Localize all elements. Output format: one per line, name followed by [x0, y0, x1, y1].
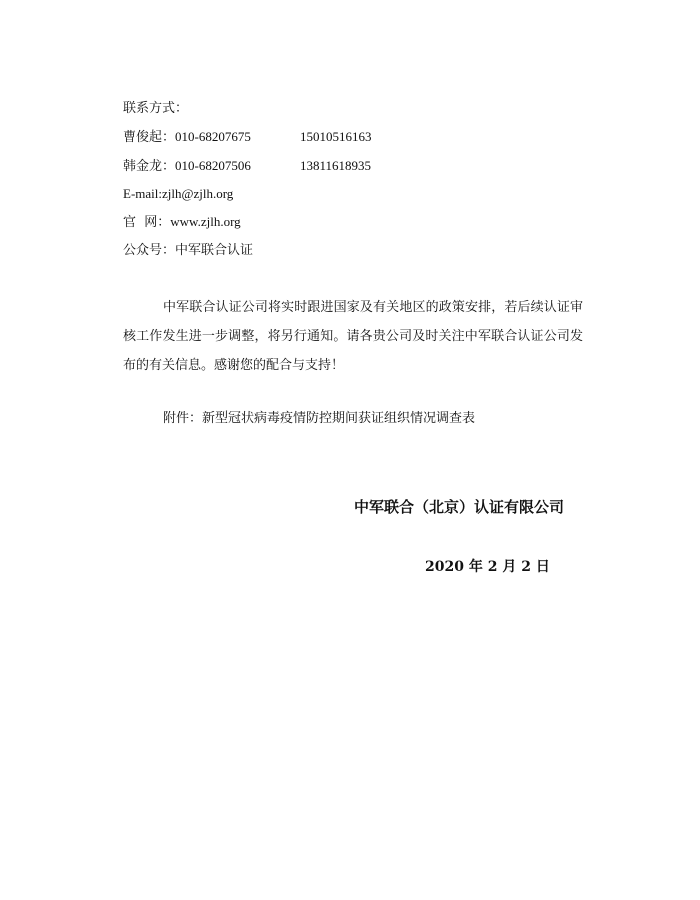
document-date: 2020 年 2 月 2 日	[425, 556, 550, 576]
contact-mobile: 15010516163	[300, 129, 372, 144]
contact-row: 曹俊起：010-6820767515010516163	[123, 128, 372, 147]
contact-wechat-row: 公众号：中军联合认证	[123, 242, 253, 260]
contact-phone: 010-68207506	[175, 157, 300, 175]
contact-row: 韩金龙：010-6820750613811618935	[123, 157, 371, 176]
contact-phone: 010-68207675	[175, 128, 300, 146]
notice-paragraph: 中军联合认证公司将实时跟进国家及有关地区的政策安排，若后续认证审核工作发生进一步…	[123, 293, 583, 380]
contact-heading: 联系方式：	[123, 100, 188, 118]
wechat-label: 公众号：	[123, 243, 175, 258]
attachment-line: 附件：新型冠状病毒疫情防控期间获证组织情况调查表	[163, 410, 475, 428]
website-label: 官 网：	[123, 215, 170, 230]
contact-email: E-mail:zjlh@zjlh.org	[123, 185, 233, 203]
contact-name: 韩金龙：	[123, 159, 175, 174]
website-link: www.zjlh.org	[170, 214, 240, 229]
contact-website-row: 官 网：www.zjlh.org	[123, 213, 241, 232]
contact-name: 曹俊起：	[123, 130, 175, 145]
organization-signature: 中军联合（北京）认证有限公司	[354, 496, 564, 517]
wechat-account: 中军联合认证	[175, 243, 253, 258]
contact-mobile: 13811618935	[300, 158, 371, 173]
